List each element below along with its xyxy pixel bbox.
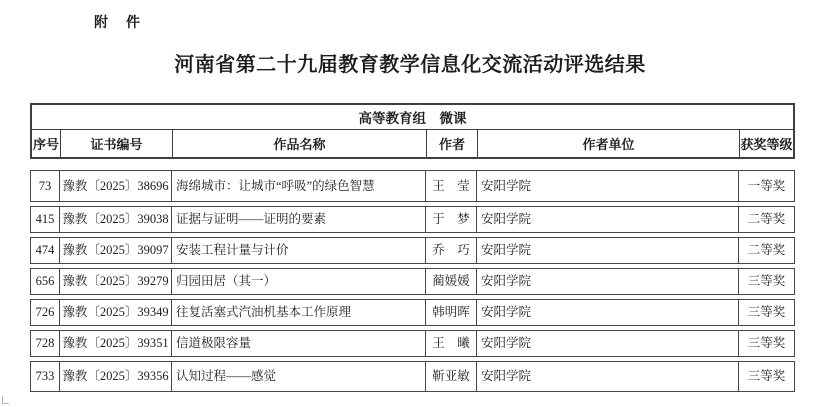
- cell-title: 海绵城市：让城市“呼吸”的绿色智慧: [171, 171, 425, 201]
- cell-no: 415: [31, 207, 59, 232]
- scan-artifact: [2, 396, 9, 404]
- cell-author: 于 梦: [425, 207, 476, 232]
- cell-author: 靳亚敏: [425, 362, 476, 391]
- cell-cert: 豫教〔2025〕39038: [59, 207, 171, 232]
- cell-title: 信道极限容量: [171, 331, 425, 356]
- column-header-award: 获奖等级: [739, 130, 793, 157]
- column-header-no: 序号: [32, 130, 60, 157]
- table-row: 474 豫教〔2025〕39097 安装工程计量与计价 乔 巧 安阳学院 二等奖: [30, 237, 795, 264]
- cell-cert: 豫教〔2025〕39351: [59, 331, 171, 356]
- cell-author: 王 莹: [425, 171, 476, 201]
- cell-no: 728: [31, 331, 59, 356]
- cell-no: 73: [31, 171, 59, 201]
- cell-cert: 豫教〔2025〕39097: [59, 238, 171, 263]
- cell-no: 726: [31, 300, 59, 325]
- cell-cert: 豫教〔2025〕39279: [59, 269, 171, 294]
- cell-cert: 豫教〔2025〕39356: [59, 362, 171, 391]
- cell-title: 往复活塞式汽油机基本工作原理: [171, 300, 425, 325]
- cell-award: 三等奖: [738, 269, 794, 294]
- cell-title: 归园田居（其一）: [171, 269, 425, 294]
- cell-author: 蔺媛媛: [425, 269, 476, 294]
- cell-award: 二等奖: [738, 238, 794, 263]
- cell-award: 三等奖: [738, 300, 794, 325]
- cell-org: 安阳学院: [476, 238, 738, 263]
- cell-title: 认知过程——感觉: [171, 362, 425, 391]
- cell-org: 安阳学院: [476, 331, 738, 356]
- cell-title: 安装工程计量与计价: [171, 238, 425, 263]
- cell-org: 安阳学院: [476, 207, 738, 232]
- cell-title: 证据与证明——证明的要素: [171, 207, 425, 232]
- cell-author: 乔 巧: [425, 238, 476, 263]
- table-row: 73 豫教〔2025〕38696 海绵城市：让城市“呼吸”的绿色智慧 王 莹 安…: [30, 170, 795, 202]
- cell-no: 733: [31, 362, 59, 391]
- cell-award: 二等奖: [738, 207, 794, 232]
- cell-no: 656: [31, 269, 59, 294]
- column-header-title: 作品名称: [172, 130, 426, 157]
- cell-author: 韩明晖: [425, 300, 476, 325]
- table-row: 656 豫教〔2025〕39279 归园田居（其一） 蔺媛媛 安阳学院 三等奖: [30, 268, 795, 295]
- cell-award: 三等奖: [738, 362, 794, 391]
- attachment-label: 附 件: [94, 12, 142, 32]
- cell-cert: 豫教〔2025〕39349: [59, 300, 171, 325]
- cell-org: 安阳学院: [476, 269, 738, 294]
- table-group-header: 高等教育组 微课: [32, 105, 793, 130]
- page-title: 河南省第二十九届教育教学信息化交流活动评选结果: [0, 48, 820, 77]
- column-header-cert: 证书编号: [60, 130, 172, 157]
- column-header-org: 作者单位: [477, 130, 739, 157]
- cell-no: 474: [31, 238, 59, 263]
- cell-org: 安阳学院: [476, 300, 738, 325]
- table-row: 415 豫教〔2025〕39038 证据与证明——证明的要素 于 梦 安阳学院 …: [30, 206, 795, 233]
- table-row: 726 豫教〔2025〕39349 往复活塞式汽油机基本工作原理 韩明晖 安阳学…: [30, 299, 795, 326]
- table-row: 728 豫教〔2025〕39351 信道极限容量 王 曦 安阳学院 三等奖: [30, 330, 795, 357]
- table-row: 733 豫教〔2025〕39356 认知过程——感觉 靳亚敏 安阳学院 三等奖: [30, 361, 795, 392]
- cell-award: 一等奖: [738, 171, 794, 201]
- cell-author: 王 曦: [425, 331, 476, 356]
- column-header-row: 序号 证书编号 作品名称 作者 作者单位 获奖等级: [32, 130, 793, 157]
- cell-org: 安阳学院: [476, 362, 738, 391]
- cell-award: 三等奖: [738, 331, 794, 356]
- results-table: 高等教育组 微课 序号 证书编号 作品名称 作者 作者单位 获奖等级 73 豫教…: [30, 103, 795, 396]
- table-header: 高等教育组 微课 序号 证书编号 作品名称 作者 作者单位 获奖等级: [30, 103, 795, 159]
- cell-cert: 豫教〔2025〕38696: [59, 171, 171, 201]
- column-header-author: 作者: [426, 130, 477, 157]
- cell-org: 安阳学院: [476, 171, 738, 201]
